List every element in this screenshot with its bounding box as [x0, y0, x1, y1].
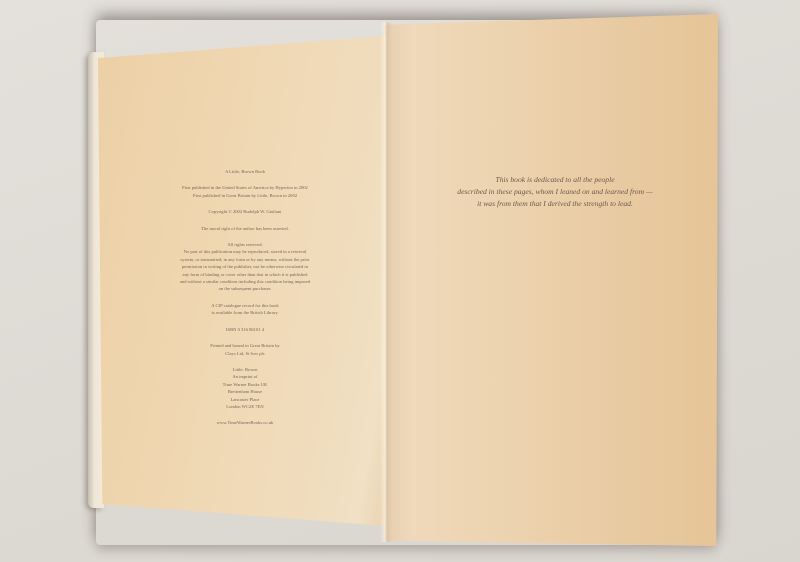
printer-info: Printed and bound in Great Britain by Cl… [150, 342, 340, 357]
imprint-title: A Little, Brown Book [150, 168, 340, 175]
publisher-website: www.TimeWarnerBooks.co.uk [150, 419, 340, 426]
cip-notice: A CIP catalogue record for this book is … [150, 302, 340, 317]
copyright-line: Copyright © 2002 Rudolph W. Giuliani [150, 208, 340, 215]
dedication-line: described in these pages, whom I leaned … [420, 186, 690, 198]
copyright-block: A Little, Brown Book First published in … [150, 168, 340, 436]
isbn: ISBN 0 316 86101 4 [150, 326, 340, 333]
moral-right: The moral right of the author has been a… [150, 225, 340, 232]
dedication-line: This book is dedicated to all the people [420, 174, 690, 186]
publisher-address: Little, Brown An imprint of Time Warner … [150, 366, 340, 410]
book-gutter [380, 22, 392, 542]
dedication-text: This book is dedicated to all the people… [420, 174, 690, 210]
first-published: First published in the United States of … [150, 184, 340, 199]
dedication-line: it was from them that I derived the stre… [420, 198, 690, 210]
rights-notice: All rights reserved. No part of this pub… [150, 241, 340, 293]
book-photo-scene: A Little, Brown Book First published in … [0, 0, 800, 562]
right-page [385, 14, 718, 546]
